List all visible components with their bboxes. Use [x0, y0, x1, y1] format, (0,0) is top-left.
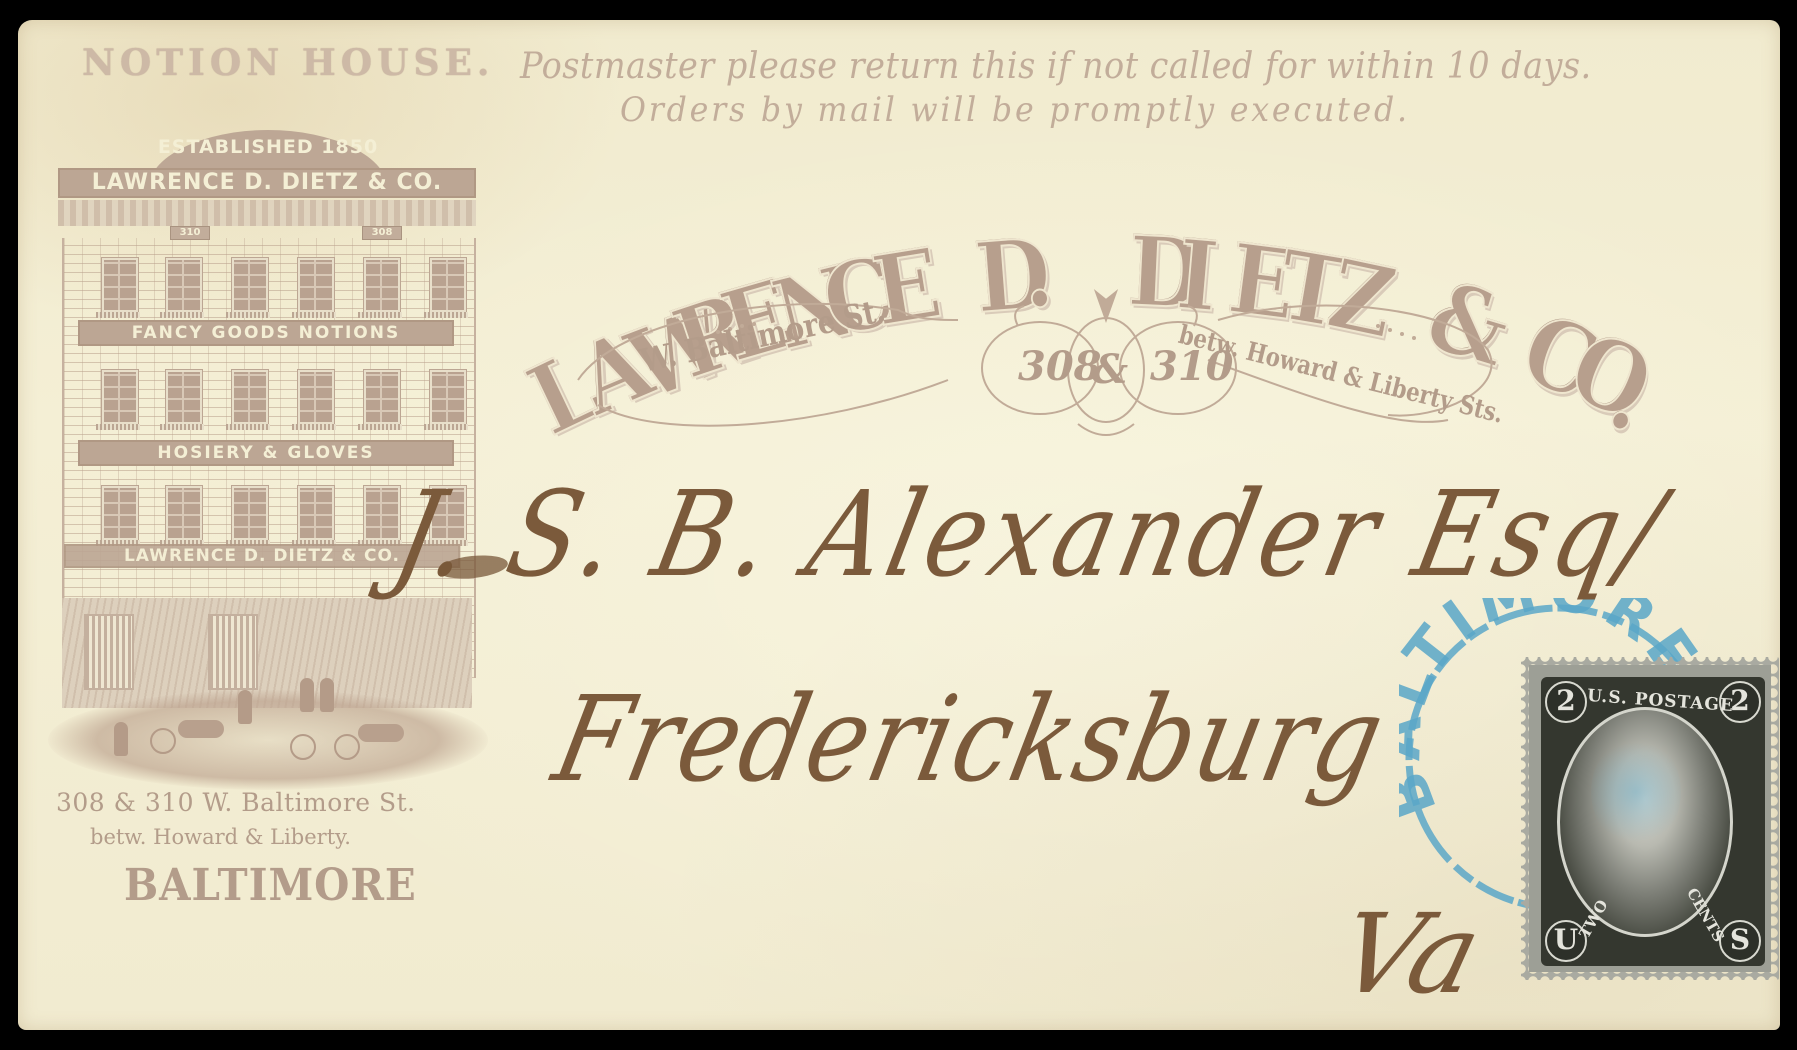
ribbon-ampersand: & — [1092, 346, 1128, 393]
horse-figure — [358, 724, 404, 742]
left-city: BALTIMORE — [124, 860, 417, 911]
store-door — [208, 614, 258, 690]
window — [166, 486, 202, 540]
stamp-corner-s: S — [1719, 920, 1761, 962]
addressee-city: Fredericksburg — [543, 670, 1396, 808]
cart-wheel — [290, 734, 316, 760]
person-figure — [320, 678, 334, 712]
addressee-state: Va — [1326, 890, 1493, 1018]
window — [102, 486, 138, 540]
person-figure — [300, 678, 314, 712]
store-door — [84, 614, 134, 690]
address-ribbon-ornament — [18, 20, 1780, 440]
left-address-line1: 308 & 310 W. Baltimore St. — [56, 788, 416, 817]
person-figure — [114, 722, 128, 756]
cart-wheel — [334, 734, 360, 760]
horse-figure — [178, 720, 224, 738]
ribbon-number-308: 308 — [1018, 343, 1102, 390]
left-address-line2: betw. Howard & Liberty. — [90, 825, 351, 849]
window — [364, 486, 400, 540]
postage-stamp-2c-jackson: 2 2 U.S. POSTAGE U S TWO CENTS — [1521, 657, 1779, 980]
hosiery-gloves-sign: HOSIERY & GLOVES — [78, 440, 454, 466]
cart-wheel — [150, 728, 176, 754]
person-figure — [238, 690, 252, 724]
stamp-numeral-left: 2 — [1545, 681, 1587, 723]
stamp-cancel-ink — [1591, 737, 1681, 847]
envelope-cover: Postmaster please return this if not cal… — [18, 20, 1780, 1030]
window — [298, 486, 334, 540]
window — [232, 486, 268, 540]
addressee-name: J. S. B. Alexander Esq/ — [383, 465, 1678, 603]
